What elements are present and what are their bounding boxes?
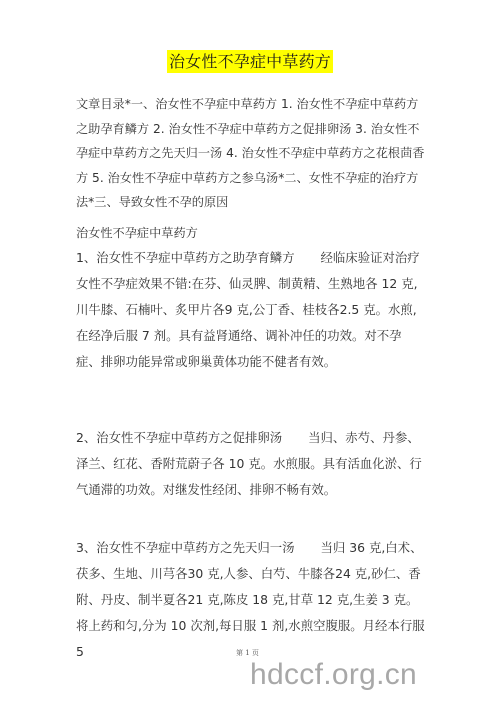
document-title: 治女性不孕症中草药方 [167, 50, 333, 73]
paragraph-1: 1、治女性不孕症中草药方之助孕育鳞方经临床验证对治疗女性不孕症效果不错:在芬、仙… [76, 245, 426, 375]
watermark: hdccf.org.cn [250, 658, 417, 692]
paragraph-3-body: 当归 36 克,白术、茯多、生地、川芎各30 克,人参、白芍、牛膝各24 克,砂… [76, 540, 425, 659]
paragraph-2: 2、治女性不孕症中草药方之促排卵汤当归、赤芍、丹参、泽兰、红花、香附荒蔚子各 1… [76, 425, 426, 503]
paragraph-2-heading: 2、治女性不孕症中草药方之促排卵汤 [76, 430, 282, 445]
paragraph-3-heading: 3、治女性不孕症中草药方之先天归一汤 [76, 540, 295, 555]
page-number: 第 1 页 [236, 648, 259, 658]
section-heading: 治女性不孕症中草药方 [76, 221, 426, 245]
paragraph-1-heading: 1、治女性不孕症中草药方之助孕育鳞方 [76, 250, 295, 265]
paragraph-1-body: 经临床验证对治疗女性不孕症效果不错:在芬、仙灵脾、制黄精、生熟地各 12 克,川… [76, 250, 420, 369]
title-container: 治女性不孕症中草药方 [0, 50, 500, 73]
paragraph-3: 3、治女性不孕症中草药方之先天归一汤当归 36 克,白术、茯多、生地、川芎各30… [76, 535, 426, 665]
document-page: 治女性不孕症中草药方 文章目录*一、治女性不孕症中草药方 1. 治女性不孕症中草… [0, 0, 500, 707]
table-of-contents: 文章目录*一、治女性不孕症中草药方 1. 治女性不孕症中草药方之助孕育鳞方 2.… [76, 92, 426, 215]
